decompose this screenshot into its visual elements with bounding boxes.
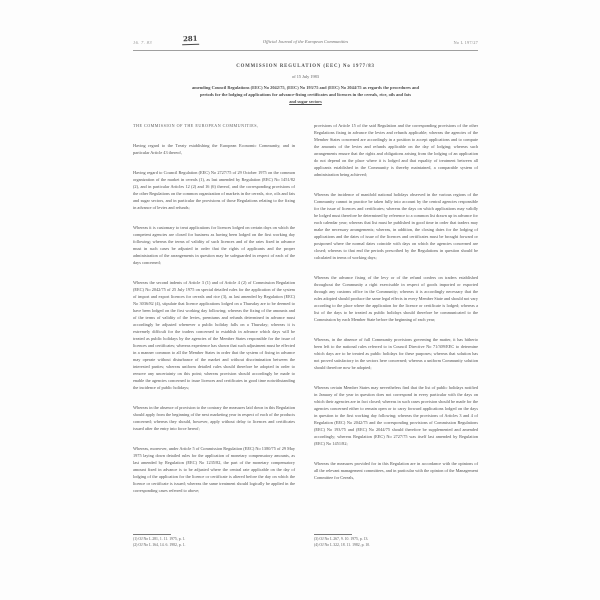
- title-block: COMMISSION REGULATION (EEC) No 1977/83 o…: [133, 64, 478, 105]
- body-paragraph: THE COMMISSION OF THE EUROPEAN COMMUNITI…: [133, 122, 295, 129]
- header-date: 16. 7. 83: [133, 40, 152, 45]
- left-footnotes: (1) OJ No L 281, 1. 11. 1975, p. 1.(2) O…: [133, 534, 295, 549]
- footnote-list: (1) OJ No L 281, 1. 11. 1975, p. 1.(2) O…: [133, 537, 295, 549]
- header-stamp: 281: [182, 34, 199, 45]
- body-paragraph: Whereas the second indents of Article 3 …: [133, 279, 295, 391]
- footnote-list: (3) OJ No L 267, 9. 10. 1975, p. 13.(4) …: [314, 537, 478, 549]
- body-paragraph: Whereas, in the absence of full Communit…: [314, 336, 478, 371]
- footnote: (2) OJ No L 164, 14. 6. 1982, p. 1.: [133, 543, 295, 549]
- body-paragraph: Whereas the incidence of manifold nation…: [314, 191, 478, 261]
- body-paragraph: Whereas it is customary to treat applica…: [133, 224, 295, 266]
- regulation-subtitle: amending Council Regulations (EEC) No 20…: [168, 84, 444, 105]
- footnote: (4) OJ No L 322, 18. 11. 1982, p. 10.: [314, 543, 478, 549]
- regulation-date: of 15 July 1983: [133, 74, 478, 79]
- right-column: provisions of Article 15 of the said Reg…: [314, 122, 478, 494]
- regulation-title: COMMISSION REGULATION (EEC) No 1977/83: [133, 64, 478, 69]
- header-rule: [133, 50, 478, 51]
- left-column: THE COMMISSION OF THE EUROPEAN COMMUNITI…: [133, 122, 295, 507]
- footnote-separator: [133, 534, 171, 535]
- body-paragraph: Having regard to the Treaty establishing…: [133, 142, 295, 156]
- journal-title: Official Journal of the European Communi…: [203, 39, 408, 44]
- footnote-separator: [314, 534, 352, 535]
- subtitle-line: and sugar sectors: [168, 98, 444, 105]
- body-paragraph: Whereas the measures provided for in thi…: [314, 460, 478, 481]
- right-footnotes: (3) OJ No L 267, 9. 10. 1975, p. 13.(4) …: [314, 534, 478, 549]
- document-page: 16. 7. 83 281 Official Journal of the Eu…: [133, 34, 478, 574]
- body-paragraph: provisions of Article 15 of the said Reg…: [314, 122, 478, 178]
- body-paragraph: Whereas in the absence of provision to t…: [133, 404, 295, 432]
- body-paragraph: Having regard to Council Regulation (EEC…: [133, 169, 295, 211]
- subtitle-line: periods for the lodging of applications …: [168, 91, 444, 98]
- body-paragraph: Whereas certain Member States may nevert…: [314, 384, 478, 447]
- scanned-document-canvas: 16. 7. 83 281 Official Journal of the Eu…: [0, 0, 600, 600]
- body-paragraph: Whereas the advance fixing of the levy o…: [314, 274, 478, 323]
- body-paragraph: Whereas, moreover, under Article 5 of Co…: [133, 445, 295, 494]
- subtitle-line: amending Council Regulations (EEC) No 20…: [168, 84, 444, 91]
- page-number: No L 197/27: [454, 40, 478, 45]
